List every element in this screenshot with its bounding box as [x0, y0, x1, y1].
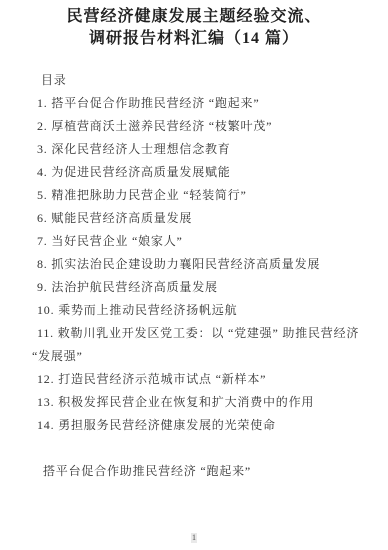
toc-item-14: 14. 勇担服务民营经济健康发展的光荣使命: [32, 414, 366, 437]
table-of-contents: 目录 1. 搭平台促合作助推民营经济 “跑起来” 2. 厚植营商沃土滋养民营经济…: [0, 69, 388, 483]
toc-item-8: 8. 抓实法治民企建设助力襄阳民营经济高质量发展: [32, 253, 366, 276]
toc-item-5: 5. 精准把脉助力民营企业 “轻装简行”: [32, 184, 366, 207]
page-number: 1: [191, 533, 197, 543]
toc-item-9: 9. 法治护航民营经济高质量发展: [32, 276, 366, 299]
toc-item-6: 6. 赋能民营经济高质量发展: [32, 207, 366, 230]
toc-item-10: 10. 乘势而上推动民营经济扬帆远航: [32, 299, 366, 322]
toc-item-1: 1. 搭平台促合作助推民营经济 “跑起来”: [32, 92, 366, 115]
document-title: 民营经济健康发展主题经验交流、 调研报告材料汇编（14 篇）: [0, 0, 388, 50]
toc-item-7: 7. 当好民营企业 “娘家人”: [32, 230, 366, 253]
toc-item-11: 11. 敕勒川乳业开发区党工委：以 “党建强” 助推民营经济 “发展强”: [32, 322, 366, 368]
toc-item-4: 4. 为促进民营经济高质量发展赋能: [32, 161, 366, 184]
document-page: 民营经济健康发展主题经验交流、 调研报告材料汇编（14 篇） 目录 1. 搭平台…: [0, 0, 388, 550]
document-title-line1: 民营经济健康发展主题经验交流、: [0, 6, 388, 28]
toc-item-2: 2. 厚植营商沃土滋养民营经济 “枝繁叶茂”: [32, 115, 366, 138]
document-title-line2: 调研报告材料汇编（14 篇）: [0, 28, 388, 50]
toc-heading: 目录: [32, 69, 366, 92]
toc-item-12: 12. 打造民营经济示范城市试点 “新样本”: [32, 368, 366, 391]
first-section-heading: 搭平台促合作助推民营经济 “跑起来”: [32, 460, 366, 483]
toc-item-13: 13. 积极发挥民营企业在恢复和扩大消费中的作用: [32, 391, 366, 414]
toc-item-3: 3. 深化民营经济人士理想信念教育: [32, 138, 366, 161]
